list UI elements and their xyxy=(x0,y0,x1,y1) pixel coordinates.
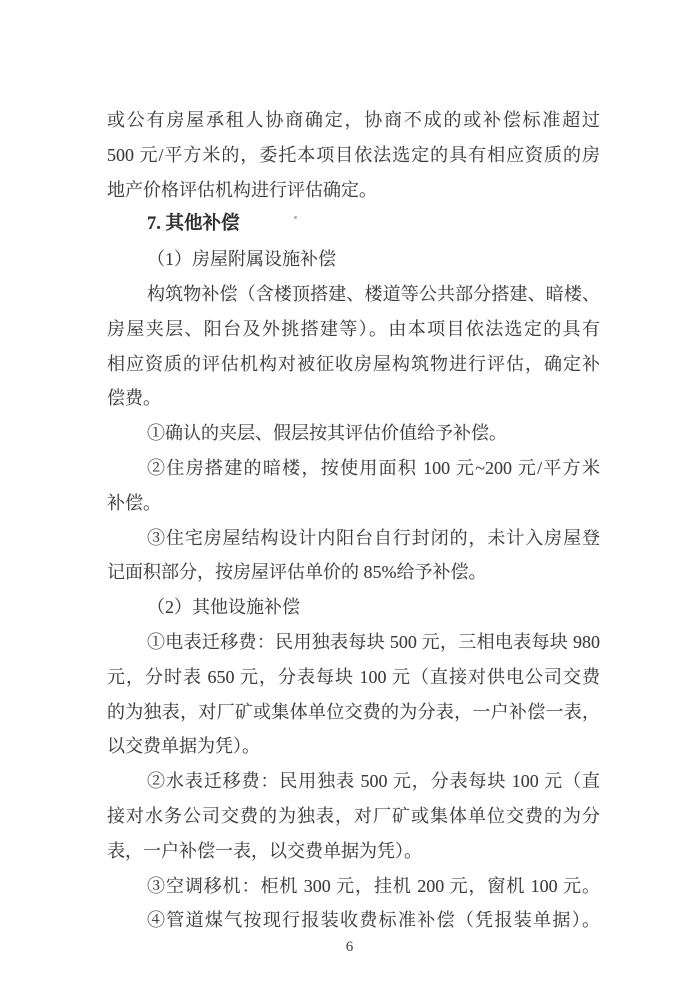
text-line: ①确认的夹层、假层按其评估价值给予补偿。 xyxy=(107,416,600,451)
text-line: （1）房屋附属设施补偿 xyxy=(107,242,600,277)
list-item-dark-attic: ②住房搭建的暗楼，按使用面积 100 元~200 元/平方米 补偿。 xyxy=(107,451,600,521)
scanned-document-page: 或公有房屋承租人协商确定，协商不成的或补偿标准超过 500 元/平方米的，委托本… xyxy=(0,0,699,989)
text-line: 500 元/平方米的，委托本项目依法选定的具有相应资质的房 xyxy=(107,138,600,173)
text-line: 接对水务公司交费的为独表，对厂矿或集体单位交费的为分 xyxy=(107,799,600,834)
text-line: 相应资质的评估机构对被征收房屋构筑物进行评估，确定补 xyxy=(107,347,600,382)
subheading-attached-facilities: （1）房屋附属设施补偿 xyxy=(107,242,600,277)
list-item-enclosed-balcony: ③住宅房屋结构设计内阳台自行封闭的，未计入房屋登 记面积部分，按房屋评估单价的 … xyxy=(107,521,600,591)
text-line: 以交费单据为凭）。 xyxy=(107,729,600,764)
text-line: 偿费。 xyxy=(107,381,600,416)
section-heading: 7. 其他补偿 xyxy=(107,207,600,242)
heading-other-compensation: 7. 其他补偿 xyxy=(107,207,600,242)
text-line: 构筑物补偿（含楼顶搭建、楼道等公共部分搭建、暗楼、 xyxy=(107,277,600,312)
text-line: ③空调移机：柜机 300 元，挂机 200 元，窗机 100 元。 xyxy=(107,869,600,904)
text-line: 表，一户补偿一表，以交费单据为凭）。 xyxy=(107,834,600,869)
subheading-other-facilities: （2）其他设施补偿 xyxy=(107,590,600,625)
text-line: ②水表迁移费：民用独表 500 元，分表每块 100 元（直 xyxy=(107,764,600,799)
list-item-electric-meter: ①电表迁移费：民用独表每块 500 元，三相电表每块 980 元，分时表 650… xyxy=(107,625,600,764)
text-line: ③住宅房屋结构设计内阳台自行封闭的，未计入房屋登 xyxy=(107,521,600,556)
text-line: 地产价格评估机构进行评估确定。 xyxy=(107,173,600,208)
list-item-gas-pipeline: ④管道煤气按现行报装收费标准补偿（凭报装单据）。 xyxy=(107,903,600,938)
paragraph-continuation: 或公有房屋承租人协商确定，协商不成的或补偿标准超过 500 元/平方米的，委托本… xyxy=(107,103,600,207)
text-line: 房屋夹层、阳台及外挑搭建等）。由本项目依法选定的具有 xyxy=(107,312,600,347)
page-footer: 6 xyxy=(0,936,699,958)
text-line: ②住房搭建的暗楼，按使用面积 100 元~200 元/平方米 xyxy=(107,451,600,486)
list-item-mezzanine: ①确认的夹层、假层按其评估价值给予补偿。 xyxy=(107,416,600,451)
paragraph-structures-compensation: 构筑物补偿（含楼顶搭建、楼道等公共部分搭建、暗楼、 房屋夹层、阳台及外挑搭建等）… xyxy=(107,277,600,416)
text-line: ④管道煤气按现行报装收费标准补偿（凭报装单据）。 xyxy=(107,903,600,938)
text-line: 记面积部分，按房屋评估单价的 85%给予补偿。 xyxy=(107,555,600,590)
list-item-air-conditioner: ③空调移机：柜机 300 元，挂机 200 元，窗机 100 元。 xyxy=(107,869,600,904)
text-line: 或公有房屋承租人协商确定，协商不成的或补偿标准超过 xyxy=(107,103,600,138)
list-item-water-meter: ②水表迁移费：民用独表 500 元，分表每块 100 元（直 接对水务公司交费的… xyxy=(107,764,600,868)
text-line: 补偿。 xyxy=(107,486,600,521)
page-number: 6 xyxy=(346,939,354,955)
text-line: 元，分时表 650 元，分表每块 100 元（直接对供电公司交费 xyxy=(107,660,600,695)
text-line: 的为独表，对厂矿或集体单位交费的为分表，一户补偿一表， xyxy=(107,695,600,730)
text-line: （2）其他设施补偿 xyxy=(107,590,600,625)
document-body: 或公有房屋承租人协商确定，协商不成的或补偿标准超过 500 元/平方米的，委托本… xyxy=(107,103,600,938)
text-line: ①电表迁移费：民用独表每块 500 元，三相电表每块 980 xyxy=(107,625,600,660)
